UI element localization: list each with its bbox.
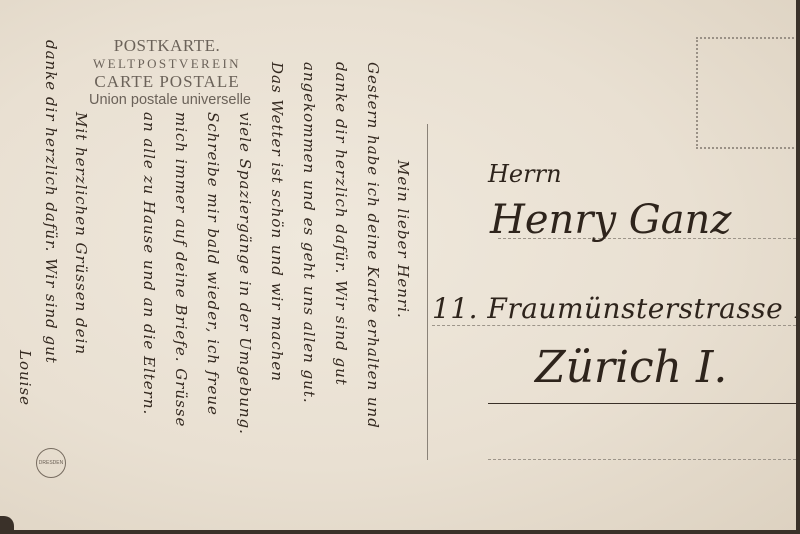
message-line: Gestern habe ich deine Karte erhalten un… [364, 62, 382, 429]
address-name: Henry Ganz [490, 197, 731, 243]
message-line: danke dir herzlich dafür. Wir sind gut [42, 40, 60, 364]
postcard-header: POSTKARTE. WELTPOSTVEREIN CARTE POSTALE … [62, 36, 272, 109]
address-street: 11. Fraumünsterstrasse 11 [432, 292, 800, 325]
message-line: Mein lieber Henri. [394, 160, 412, 319]
seal-text: DRESDEN [39, 460, 63, 466]
header-weltpostverein: WELTPOSTVEREIN [62, 56, 272, 72]
message-line: viele Spaziergänge in der Umgebung. [236, 112, 254, 435]
address-line-4 [488, 459, 796, 460]
address-line-3 [488, 403, 796, 404]
header-carte-postale: CARTE POSTALE [62, 72, 272, 91]
header-postkarte: POSTKARTE. [62, 36, 272, 56]
message-line: Das Wetter ist schön und wir machen [268, 62, 286, 382]
message-line: angekommen und es geht uns allen gut. [300, 62, 318, 404]
address-city: Zürich I. [535, 342, 727, 393]
message-line: Mit herzlichen Grüssen dein [72, 112, 90, 355]
address-line-2 [432, 325, 796, 326]
worn-corner [0, 516, 14, 530]
message-line: Schreibe mir bald wieder, ich freue [204, 112, 222, 416]
header-union-postale: Union postale universelle [68, 91, 272, 109]
message-signature: Louise [16, 350, 34, 406]
message-address-divider [427, 124, 428, 460]
postcard: POSTKARTE. WELTPOSTVEREIN CARTE POSTALE … [0, 0, 800, 534]
dresden-seal-stamp: DRESDEN [36, 448, 66, 478]
stamp-box [696, 37, 798, 149]
address-salutation: Herrn [488, 160, 562, 188]
message-line: an alle zu Hause und an die Eltern. [140, 112, 158, 415]
message-line: danke dir herzlich dafür. Wir sind gut [332, 62, 350, 386]
message-line: mich immer auf deine Briefe. Grüsse [172, 112, 190, 427]
